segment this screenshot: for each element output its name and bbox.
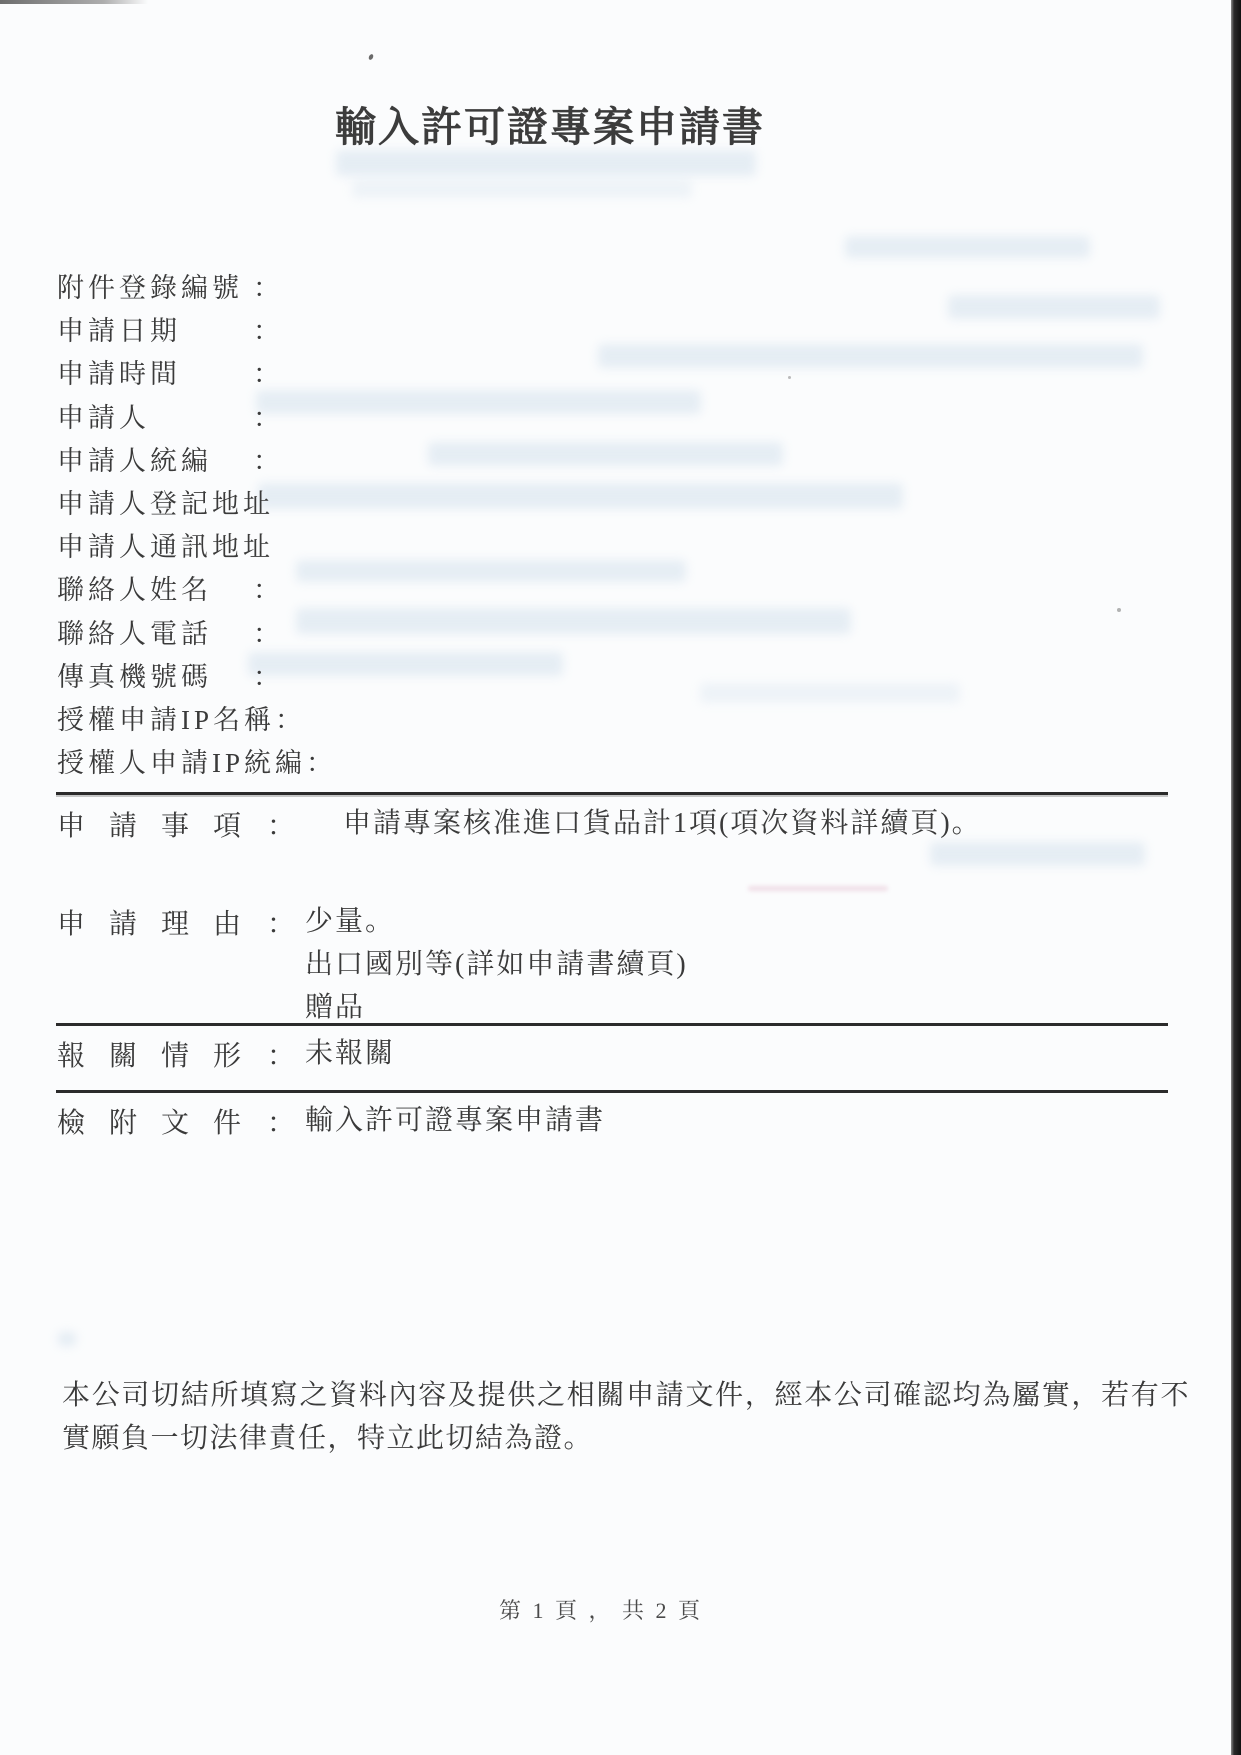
field-row-authorized-ip-tax-id: 授權人申請IP統編 ： <box>57 739 1057 782</box>
field-label: 申請人統編 <box>57 439 253 478</box>
field-colon: ： <box>253 655 284 694</box>
page-number: 第 1 頁 ， 共 2 頁 <box>0 1594 1202 1625</box>
field-label: 傳真機號碼 <box>57 655 253 694</box>
field-colon: ： <box>253 352 284 391</box>
field-label: 申請日期 <box>57 309 253 348</box>
section-line: 少量。 <box>305 902 688 945</box>
field-row-application-time: 申請時間 ： <box>57 350 1057 393</box>
section-colon: ： <box>265 1034 305 1074</box>
scan-edge-strip <box>1231 0 1241 1755</box>
field-row-fax-number: 傳真機號碼 ： <box>57 653 1057 696</box>
scan-edge-streak <box>0 0 148 4</box>
field-colon: ： <box>253 439 284 478</box>
section-content: 少量。 出口國別等(詳如申請書續頁) 贈品 <box>305 902 688 1031</box>
section-content: 未報關 <box>305 1034 395 1077</box>
bleed-through-smudge <box>58 1332 76 1346</box>
bleed-through-smudge <box>845 236 1090 258</box>
field-colon: ： <box>253 568 284 607</box>
field-colon: ： <box>253 612 284 651</box>
bleed-through-smudge <box>336 150 756 176</box>
field-label: 申請人通訊地址 <box>57 525 274 564</box>
field-row-applicant-tax-id: 申請人統編 ： <box>57 437 1057 480</box>
section-content: 申請專案核准進口貨品計1項(項次資料詳續頁)。 <box>305 804 982 847</box>
field-label: 聯絡人姓名 <box>57 568 253 607</box>
field-label: 申請人登記地址 <box>57 482 274 521</box>
section-line: 申請專案核准進口貨品計1項(項次資料詳續頁)。 <box>343 804 982 847</box>
horizontal-rule <box>56 792 1168 795</box>
field-row-application-date: 申請日期 ： <box>57 307 1057 350</box>
field-row-contact-name: 聯絡人姓名 ： <box>57 566 1057 609</box>
scan-speck <box>1117 608 1121 612</box>
field-row-attachment-registration-no: 附件登錄編號 ： <box>57 264 1057 307</box>
section-label: 報關情形 <box>57 1034 265 1074</box>
field-row-applicant-mailing-address: 申請人通訊地址 <box>57 523 1057 566</box>
field-colon: ： <box>306 741 337 780</box>
field-label: 申請人 <box>57 396 253 435</box>
field-label: 申請時間 <box>57 352 253 391</box>
field-colon: ： <box>253 309 284 348</box>
field-label: 授權人申請IP統編 <box>57 741 306 780</box>
scanned-document-page: 輸入許可證專案申請書 附件登錄編號 ： 申請日期 ： 申請時間 ： 申請人 ： … <box>0 0 1241 1755</box>
bleed-through-smudge <box>352 180 692 198</box>
section-content: 輸入許可證專案申請書 <box>305 1101 605 1144</box>
field-colon: ： <box>253 266 284 305</box>
section-line: 出口國別等(詳如申請書續頁) <box>305 945 688 988</box>
section-colon: ： <box>265 804 305 844</box>
document-title: 輸入許可證專案申請書 <box>0 94 1100 153</box>
section-line: 未報關 <box>305 1034 395 1077</box>
section-application-reason: 申請理由 ： 少量。 出口國別等(詳如申請書續頁) 贈品 <box>57 902 688 1031</box>
affidavit-statement: 本公司切結所填寫之資料內容及提供之相關申請文件，經本公司確認均為屬實，若有不實願… <box>62 1374 1190 1460</box>
field-row-contact-phone: 聯絡人電話 ： <box>57 610 1057 653</box>
field-colon: ： <box>275 698 306 737</box>
field-row-authorized-ip-name: 授權申請IP名稱 ： <box>57 696 1057 739</box>
section-colon: ： <box>265 902 305 942</box>
header-field-list: 附件登錄編號 ： 申請日期 ： 申請時間 ： 申請人 ： 申請人統編 ： 申請人… <box>57 264 1057 782</box>
section-label: 申請理由 <box>57 902 265 942</box>
horizontal-rule <box>56 1090 1168 1093</box>
section-line: 贈品 <box>305 988 688 1031</box>
field-label: 聯絡人電話 <box>57 612 253 651</box>
section-customs-status: 報關情形 ： 未報關 <box>57 1034 395 1077</box>
bleed-through-smudge <box>748 886 888 891</box>
section-attached-documents: 檢附文件 ： 輸入許可證專案申請書 <box>57 1101 605 1144</box>
section-colon: ： <box>265 1101 305 1141</box>
field-colon: ： <box>253 396 284 435</box>
field-row-applicant: 申請人 ： <box>57 394 1057 437</box>
field-label: 附件登錄編號 <box>57 266 253 305</box>
scan-speck <box>368 53 374 60</box>
section-label: 檢附文件 <box>57 1101 265 1141</box>
section-label: 申請事項 <box>57 804 265 844</box>
section-application-matter: 申請事項 ： 申請專案核准進口貨品計1項(項次資料詳續頁)。 <box>57 804 982 847</box>
field-row-applicant-registered-address: 申請人登記地址 <box>57 480 1057 523</box>
section-line: 輸入許可證專案申請書 <box>305 1101 605 1144</box>
field-label: 授權申請IP名稱 <box>57 698 275 737</box>
